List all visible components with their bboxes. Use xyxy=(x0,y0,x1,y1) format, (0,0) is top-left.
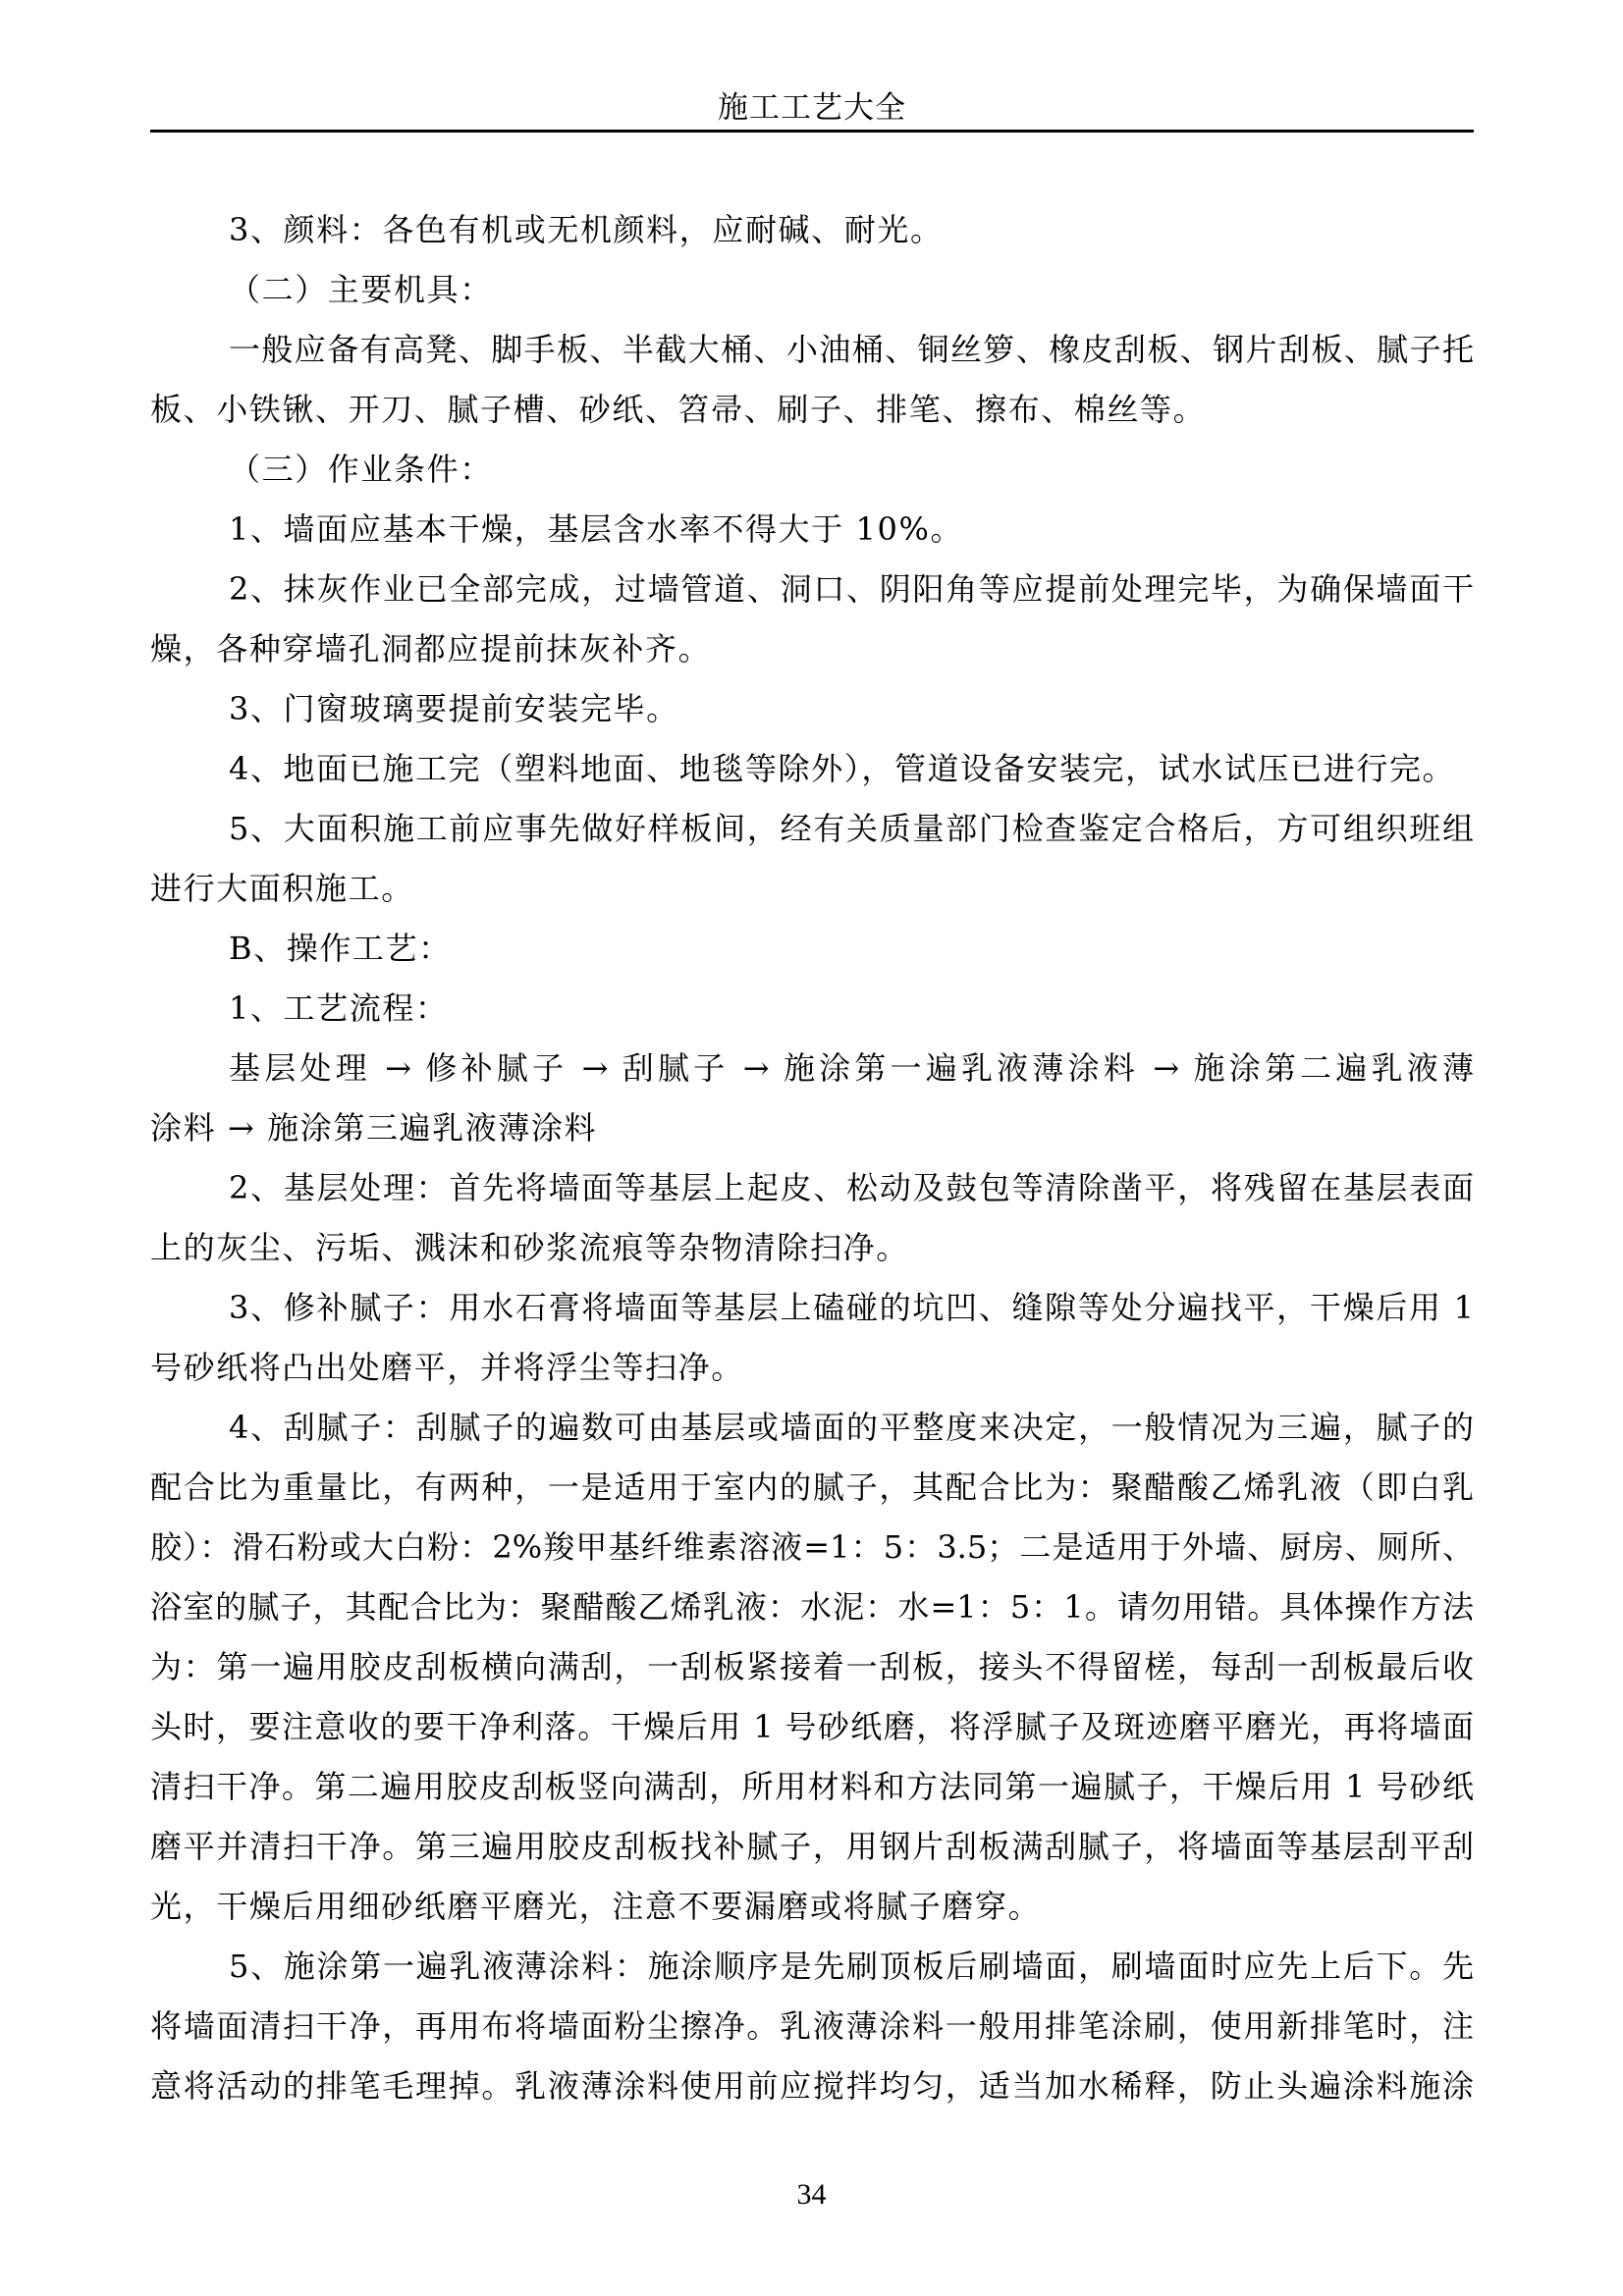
text-line: 板、小铁锹、开刀、腻子槽、砂纸、笤帚、刷子、排笔、擦布、棉丝等。 xyxy=(150,388,1474,448)
text-line: 进行大面积施工。 xyxy=(150,867,1474,927)
text-line: 配合比为重量比，有两种，一是适用于室内的腻子，其配合比为：聚醋酸乙烯乳液（即白乳 xyxy=(150,1466,1474,1525)
text-line: 3、颜料：各色有机或无机颜料，应耐碱、耐光。 xyxy=(150,208,1474,268)
text-line: （二）主要机具： xyxy=(150,268,1474,328)
text-line: （三）作业条件： xyxy=(150,448,1474,507)
text-line: 为：第一遍用胶皮刮板横向满刮，一刮板紧接着一刮板，接头不得留槎，每刮一刮板最后收 xyxy=(150,1645,1474,1705)
text-line: 上的灰尘、污垢、溅沫和砂浆流痕等杂物清除扫净。 xyxy=(150,1226,1474,1286)
text-line: 3、修补腻子：用水石膏将墙面等基层上磕碰的坑凹、缝隙等处分遍找平，干燥后用 1 xyxy=(150,1286,1474,1346)
text-line: B、操作工艺： xyxy=(150,927,1474,987)
text-line: 一般应备有高凳、脚手板、半截大桶、小油桶、铜丝箩、橡皮刮板、钢片刮板、腻子托 xyxy=(150,328,1474,388)
text-line: 2、基层处理：首先将墙面等基层上起皮、松动及鼓包等清除凿平，将残留在基层表面 xyxy=(150,1166,1474,1226)
text-line: 光，干燥后用细砂纸磨平磨光，注意不要漏磨或将腻子磨穿。 xyxy=(150,1885,1474,1945)
text-line: 2、抹灰作业已全部完成，过墙管道、洞口、阴阳角等应提前处理完毕，为确保墙面干 xyxy=(150,567,1474,627)
document-body: 3、颜料：各色有机或无机颜料，应耐碱、耐光。（二）主要机具：一般应备有高凳、脚手… xyxy=(150,208,1474,2124)
text-line: 1、墙面应基本干燥，基层含水率不得大于 10%。 xyxy=(150,507,1474,567)
text-line: 磨平并清扫干净。第三遍用胶皮刮板找补腻子，用钢片刮板满刮腻子，将墙面等基层刮平刮 xyxy=(150,1825,1474,1885)
text-line: 清扫干净。第二遍用胶皮刮板竖向满刮，所用材料和方法同第一遍腻子，干燥后用 1 号… xyxy=(150,1765,1474,1825)
text-line: 号砂纸将凸出处磨平，并将浮尘等扫净。 xyxy=(150,1346,1474,1406)
text-line: 5、施涂第一遍乳液薄涂料：施涂顺序是先刷顶板后刷墙面，刷墙面时应先上后下。先 xyxy=(150,1945,1474,2004)
text-line: 4、地面已施工完（塑料地面、地毯等除外），管道设备安装完，试水试压已进行完。 xyxy=(150,747,1474,807)
text-line: 浴室的腻子，其配合比为：聚醋酸乙烯乳液：水泥：水=1：5：1。请勿用错。具体操作… xyxy=(150,1585,1474,1645)
header-rule xyxy=(150,130,1474,133)
text-line: 燥，各种穿墙孔洞都应提前抹灰补齐。 xyxy=(150,627,1474,687)
page-number: 34 xyxy=(0,2177,1623,2213)
text-line: 将墙面清扫干净，再用布将墙面粉尘擦净。乳液薄涂料一般用排笔涂刷，使用新排笔时，注 xyxy=(150,2004,1474,2064)
text-line: 基层处理 → 修补腻子 → 刮腻子 → 施涂第一遍乳液薄涂料 → 施涂第二遍乳液… xyxy=(150,1046,1474,1106)
text-line: 1、工艺流程： xyxy=(150,987,1474,1046)
text-line: 意将活动的排笔毛理掉。乳液薄涂料使用前应搅拌均匀，适当加水稀释，防止头遍涂料施涂 xyxy=(150,2064,1474,2124)
text-line: 5、大面积施工前应事先做好样板间，经有关质量部门检查鉴定合格后，方可组织班组 xyxy=(150,807,1474,867)
text-line: 头时，要注意收的要干净利落。干燥后用 1 号砂纸磨，将浮腻子及斑迹磨平磨光，再将… xyxy=(150,1705,1474,1765)
text-line: 胶）：滑石粉或大白粉：2%羧甲基纤维素溶液=1：5：3.5；二是适用于外墙、厨房… xyxy=(150,1525,1474,1585)
page-header-title: 施工工艺大全 xyxy=(150,88,1474,128)
text-line: 3、门窗玻璃要提前安装完毕。 xyxy=(150,687,1474,747)
text-line: 4、刮腻子：刮腻子的遍数可由基层或墙面的平整度来决定，一般情况为三遍，腻子的 xyxy=(150,1406,1474,1466)
text-line: 涂料 → 施涂第三遍乳液薄涂料 xyxy=(150,1106,1474,1166)
